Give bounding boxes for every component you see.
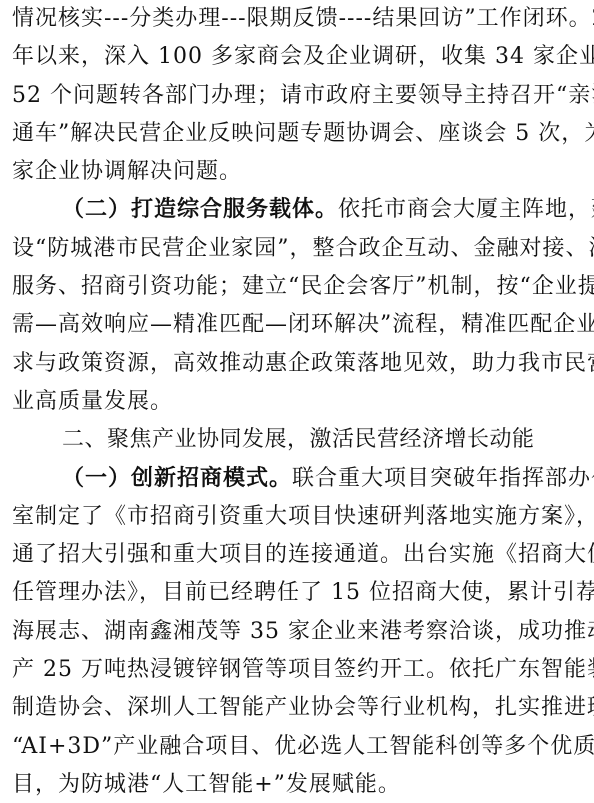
text-line: 年以来，深入 100 多家商会及企业调研，收集 34 家企业反映 bbox=[12, 38, 582, 76]
section-heading: 二、聚焦产业协同发展，激活民营经济增长动能 bbox=[12, 421, 582, 459]
text-line: 服务、招商引资功能；建立“民企会客厅”机制，按“企业提 bbox=[12, 268, 582, 306]
text-line: 通了招大引强和重大项目的连接通道。出台实施《招商大使聘 bbox=[12, 536, 582, 574]
subsection-lead-line: （一）创新招商模式。联合重大项目突破年指挥部办公 bbox=[12, 460, 582, 498]
text-line: 设“防城港市民营企业家园”，整合政企互动、金融对接、法律 bbox=[12, 230, 582, 268]
text-line: 目，为防城港“人工智能+”发展赋能。 bbox=[12, 766, 582, 803]
subsection-title: （一）创新招商模式。 bbox=[62, 466, 292, 491]
text-line: 求与政策资源，高效推动惠企政策落地见效，助力我市民营企 bbox=[12, 345, 582, 383]
subsection-title: （二）打造综合服务载体。 bbox=[62, 197, 338, 222]
text-span: 依托市商会大厦主阵地，建 bbox=[338, 197, 594, 222]
text-line: “AI+3D”产业融合项目、优必选人工智能科创等多个优质项 bbox=[12, 728, 582, 766]
text-line: 需—高效响应—精准匹配—闭环解决”流程，精准匹配企业需 bbox=[12, 306, 582, 344]
text-line: 制造协会、深圳人工智能产业协会等行业机构，扎实推进班度 bbox=[12, 689, 582, 727]
text-line: 业高质量发展。 bbox=[12, 383, 582, 421]
text-line: 产 25 万吨热浸镀锌钢管等项目签约开工。依托广东智能装备 bbox=[12, 651, 582, 689]
text-line: 室制定了《市招商引资重大项目快速研判落地实施方案》，打 bbox=[12, 498, 582, 536]
subsection-lead-line: （二）打造综合服务载体。依托市商会大厦主阵地，建 bbox=[12, 191, 582, 229]
text-line: 家企业协调解决问题。 bbox=[12, 153, 582, 191]
text-line: 52 个问题转各部门办理；请市政府主要领导主持召开“亲清直 bbox=[12, 77, 582, 115]
text-line: 海展志、湖南鑫湘茂等 35 家企业来港考察洽谈，成功推动年 bbox=[12, 613, 582, 651]
document-page: 情况核实---分类办理---限期反馈----结果回访”工作闭环。2024 年以来… bbox=[0, 0, 594, 803]
text-line: 任管理办法》，目前已经聘任了 15 位招商大使，累计引荐上 bbox=[12, 574, 582, 612]
text-line: 情况核实---分类办理---限期反馈----结果回访”工作闭环。2024 bbox=[12, 0, 582, 38]
text-span: 联合重大项目突破年指挥部办公 bbox=[292, 466, 594, 491]
text-line: 通车”解决民营企业反映问题专题协调会、座谈会 5 次，为 37 bbox=[12, 115, 582, 153]
